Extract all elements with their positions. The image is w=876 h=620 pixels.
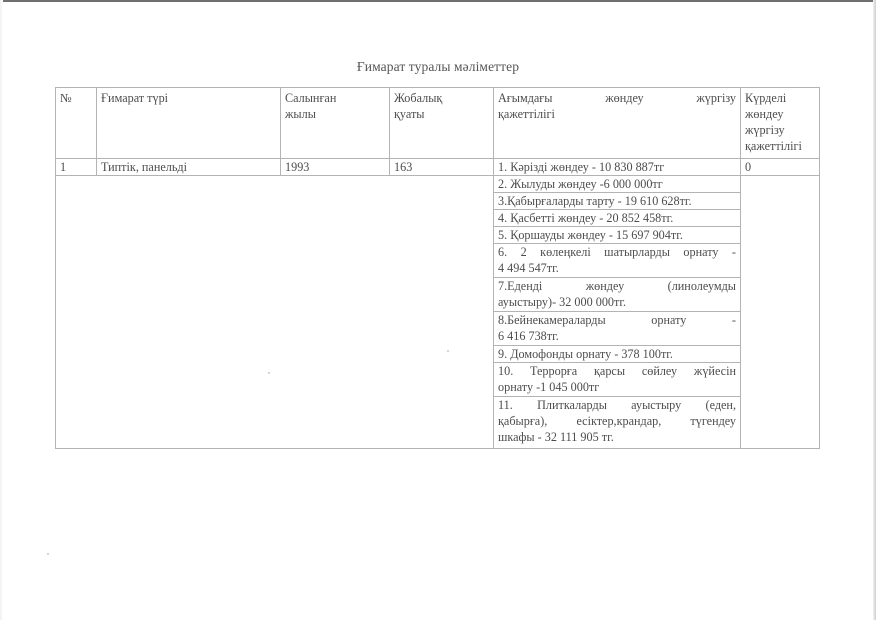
scan-speck [268,372,270,374]
empty-major-repair-cell [741,176,820,449]
header-building-type: Ғимарат түрі [97,88,281,159]
repair-item-9: 9. Домофонды орнату - 378 100тг. [494,346,741,363]
repair-item-10: 10. Террорға қарсы сөйлеу жүйесін орнату… [494,363,741,397]
cell-building-type: Типтік, панельді [97,159,281,176]
empty-merged-cell [56,176,494,449]
repair-item-2: 2. Жылуды жөндеу -6 000 000тг [494,176,741,193]
header-current-repair: Ағымдағы жөндеу жүргізу қажеттілігі [494,88,741,159]
header-major-repair: Күрделі жөндеу жүргізу қажеттілігі [741,88,820,159]
table-row: 2. Жылуды жөндеу -6 000 000тг [56,176,820,193]
document-title: Ғимарат туралы мәліметтер [0,59,876,75]
cell-major-repair: 0 [741,159,820,176]
building-info-table: № Ғимарат түрі Салынған жылы Жобалық қуа… [55,87,820,449]
cell-no: 1 [56,159,97,176]
repair-item-8: 8.Бейнекамераларды орнату - 6 416 738тг. [494,312,741,346]
header-built-year: Салынған жылы [281,88,390,159]
repair-item-3: 3.Қабырғаларды тарту - 19 610 628тг. [494,193,741,210]
repair-item-4: 4. Қасбетті жөндеу - 20 852 458тг. [494,210,741,227]
scan-speck [447,350,449,352]
header-no: № [56,88,97,159]
scan-edge-left [0,0,3,620]
cell-built-year: 1993 [281,159,390,176]
scan-speck [47,553,49,555]
header-design-capacity: Жобалық қуаты [390,88,494,159]
repair-item-1: 1. Кәрізді жөндеу - 10 830 887тг [494,159,741,176]
cell-design-capacity: 163 [390,159,494,176]
repair-item-7: 7.Еденді жөндеу (линолеумды ауыстыру)- 3… [494,278,741,312]
repair-item-6: 6. 2 көлеңкелі шатырларды орнату - 4 494… [494,244,741,278]
scan-edge-top [0,0,876,2]
repair-item-5: 5. Қоршауды жөндеу - 15 697 904тг. [494,227,741,244]
table-row: 1 Типтік, панельді 1993 163 1. Кәрізді ж… [56,159,820,176]
repair-item-11: 11. Плиткаларды ауыстыру (еден, қабырға)… [494,397,741,449]
header-row: № Ғимарат түрі Салынған жылы Жобалық қуа… [56,88,820,159]
